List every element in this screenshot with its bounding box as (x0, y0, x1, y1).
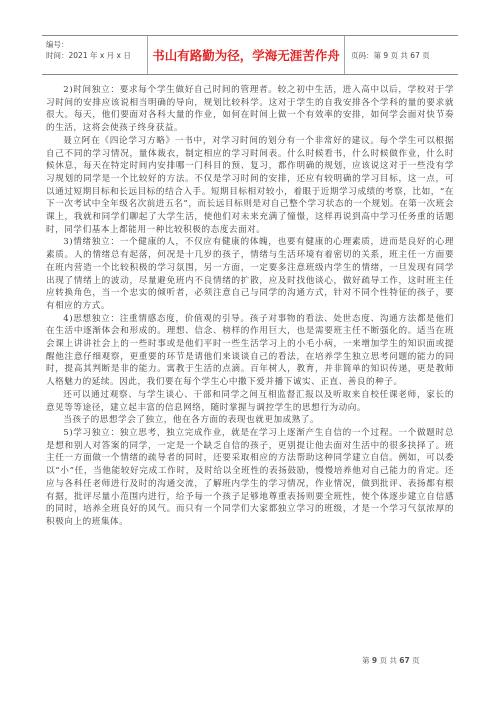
footer-suffix: 页 (410, 656, 420, 665)
header-meta-cell: 编号： 时间：2021 年 x 月 x 日 (42, 36, 148, 74)
footer-total-pages: 67 (399, 656, 409, 665)
header-motto: 书山有路勤为径，学海无涯苦作舟 (148, 36, 345, 74)
paragraph-time-planning: 聂立阿在《四论学习方略》一书中，对学习时间的划分有一个非常好的建议。每个学生可以… (46, 135, 454, 237)
code-label: 编号： (46, 39, 147, 50)
paragraph-information-network: 还可以通过观察、与学生谈心、干部和同学之间互相监督汇报以及听取来自校任课老师，家… (46, 389, 454, 414)
header-page-label: 页码：第 9 页 共 67 页 (345, 36, 458, 74)
footer-middle: 页 共 (377, 656, 399, 665)
footer-prefix: 第 (362, 656, 372, 665)
paragraph-thought-independence: 4)思想独立：注重情感态度，价值观的引导。孩子对事物的看法、处世态度、沟通方法都… (46, 313, 454, 389)
header-table: 编号： 时间：2021 年 x 月 x 日 书山有路勤为径，学海无涯苦作舟 页码… (42, 35, 458, 75)
paragraph-maturity: 当孩子的思想学会了独立，他在各方面的表现也就更加成熟了。 (46, 414, 454, 427)
paragraph-emotional-independence: 3)情绪独立：一个健康的人，不仅应有健康的体魄，也要有健康的心理素质，进而是良好… (46, 236, 454, 312)
paragraph-time-independence: 2)时间独立：要求每个学生做好自己时间的管理者。较之初中生活，进入高中以后，学校… (46, 84, 454, 135)
document-body: 2)时间独立：要求每个学生做好自己时间的管理者。较之初中生活，进入高中以后，学校… (46, 84, 454, 529)
paragraph-study-independence: 5)学习独立：独立思考，独立完成作业，就是在学习上逐渐产生自信的一个过程。一个做… (46, 427, 454, 529)
page-footer: 第 9 页 共 67 页 (362, 655, 420, 666)
date-label: 时间：2021 年 x 月 x 日 (46, 50, 147, 61)
